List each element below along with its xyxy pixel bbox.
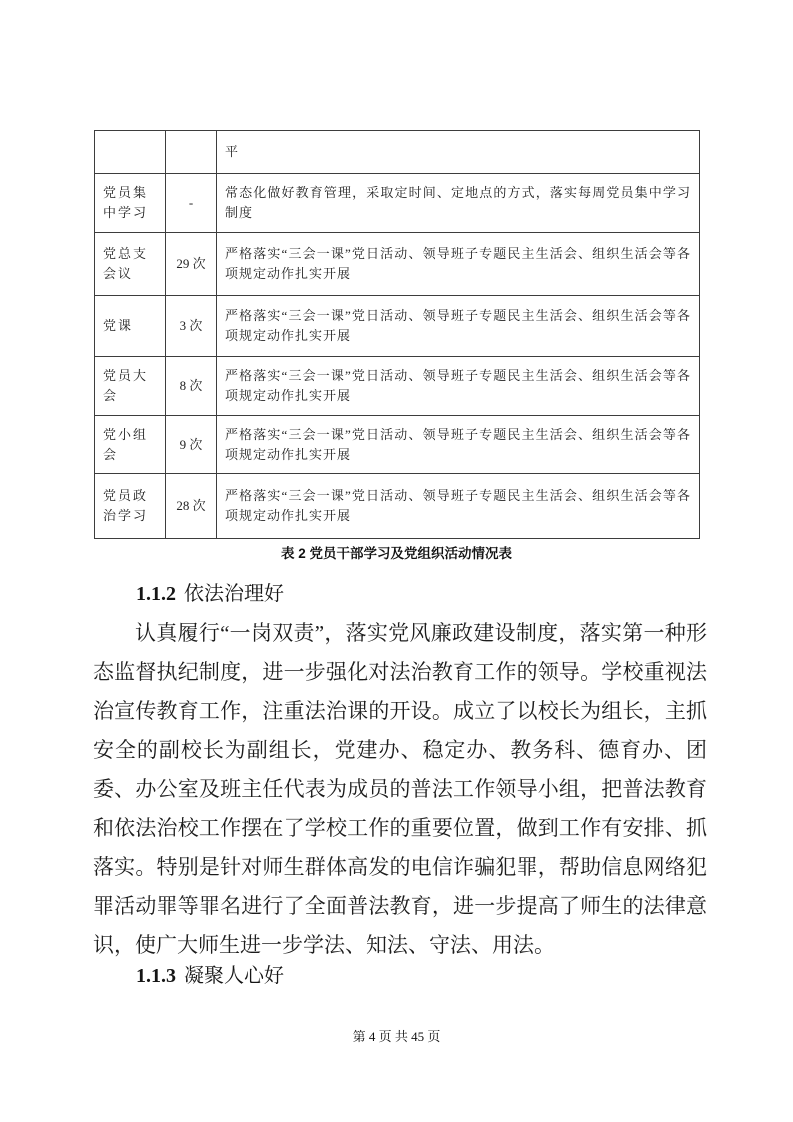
activity-count-cell: 28 次	[166, 474, 217, 539]
activity-count-cell: 8 次	[166, 357, 217, 416]
activity-desc-cell: 严格落实“三会一课”党日活动、领导班子专题民主生活会、组织生活会等各项规定动作扎…	[217, 233, 700, 296]
activity-name-cell	[95, 131, 166, 174]
section-title: 依法治理好	[184, 583, 284, 605]
table-row: 党总支会议 29 次 严格落实“三会一课”党日活动、领导班子专题民主生活会、组织…	[95, 233, 700, 296]
activity-desc-cell: 严格落实“三会一课”党日活动、领导班子专题民主生活会、组织生活会等各项规定动作扎…	[217, 296, 700, 357]
table-row: 平	[95, 131, 700, 174]
table-caption: 表 2 党员干部学习及党组织活动情况表	[0, 542, 793, 562]
activity-desc-cell: 平	[217, 131, 700, 174]
activity-desc-cell: 常态化做好教育管理，采取定时间、定地点的方式，落实每周党员集中学习制度	[217, 174, 700, 233]
section-title: 凝聚人心好	[184, 965, 284, 987]
activity-desc-cell: 严格落实“三会一课”党日活动、领导班子专题民主生活会、组织生活会等各项规定动作扎…	[217, 416, 700, 474]
activity-name-cell: 党总支会议	[95, 233, 166, 296]
table-row: 党小组会 9 次 严格落实“三会一课”党日活动、领导班子专题民主生活会、组织生活…	[95, 416, 700, 474]
activity-name-cell: 党小组会	[95, 416, 166, 474]
activity-name-cell: 党课	[95, 296, 166, 357]
table-row: 党课 3 次 严格落实“三会一课”党日活动、领导班子专题民主生活会、组织生活会等…	[95, 296, 700, 357]
section-heading-1-1-2: 1.1.2依法治理好	[136, 577, 284, 606]
table-row: 党员政治学习 28 次 严格落实“三会一课”党日活动、领导班子专题民主生活会、组…	[95, 474, 700, 539]
section-number: 1.1.2	[136, 583, 176, 605]
activity-name-cell: 党员集中学习	[95, 174, 166, 233]
activity-desc-cell: 严格落实“三会一课”党日活动、领导班子专题民主生活会、组织生活会等各项规定动作扎…	[217, 474, 700, 539]
section-number: 1.1.3	[136, 965, 176, 987]
activity-count-cell	[166, 131, 217, 174]
activity-count-cell: 29 次	[166, 233, 217, 296]
activity-name-cell: 党员政治学习	[95, 474, 166, 539]
activity-count-cell: -	[166, 174, 217, 233]
activity-desc-cell: 严格落实“三会一课”党日活动、领导班子专题民主生活会、组织生活会等各项规定动作扎…	[217, 357, 700, 416]
document-page: 平 党员集中学习 - 常态化做好教育管理，采取定时间、定地点的方式，落实每周党员…	[0, 0, 793, 1122]
section-heading-1-1-3: 1.1.3凝聚人心好	[136, 959, 284, 988]
page-number-footer: 第 4 页 共 45 页	[0, 1026, 793, 1045]
activity-count-cell: 9 次	[166, 416, 217, 474]
section-body-paragraph: 认真履行“一岗双责”，落实党风廉政建设制度，落实第一种形态监督执纪制度，进一步强…	[93, 614, 707, 965]
activity-count-cell: 3 次	[166, 296, 217, 357]
activity-name-cell: 党员大会	[95, 357, 166, 416]
table-row: 党员大会 8 次 严格落实“三会一课”党日活动、领导班子专题民主生活会、组织生活…	[95, 357, 700, 416]
party-activity-table: 平 党员集中学习 - 常态化做好教育管理，采取定时间、定地点的方式，落实每周党员…	[94, 130, 700, 539]
table-row: 党员集中学习 - 常态化做好教育管理，采取定时间、定地点的方式，落实每周党员集中…	[95, 174, 700, 233]
